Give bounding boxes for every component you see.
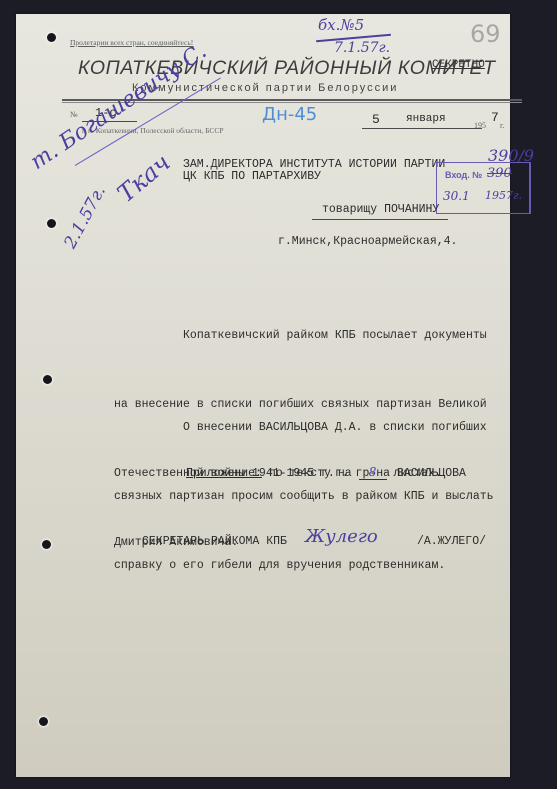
body-line: связных партизан просим сообщить в райко… (114, 485, 534, 508)
recipient-underline (312, 219, 448, 220)
recipient-address: г.Минск,Красноармейская,4. (278, 235, 457, 248)
signatory-title: СЕКРЕТАРЬ РАЙКОМА КПБ (142, 535, 287, 548)
punch-hole (39, 717, 48, 726)
date-line (362, 128, 482, 129)
incoming-stamp: Вход. № 390 30.1 1957г. (436, 162, 531, 214)
slogan: Пролетарии всех стран, соединяйтесь! (70, 38, 193, 47)
stamp-date: 30.1 (443, 189, 470, 203)
signatory-name: /А.ЖУЛЕГО/ (417, 535, 486, 548)
page-number: 69 (470, 20, 501, 48)
attachment-text: по тексту на (262, 467, 359, 480)
file-code-annotation: Дн-45 (262, 104, 317, 125)
attachment-text-after: листах. (387, 467, 442, 480)
punch-hole (47, 33, 56, 42)
punch-hole (47, 219, 56, 228)
annotation-fraction-numerator: бх.№5 (318, 16, 364, 34)
handwritten-signature: Жулего (305, 526, 378, 547)
attachment-count: 8 (359, 465, 387, 480)
number-label: № (70, 110, 78, 119)
body-line: справку о его гибели для вручения родств… (114, 554, 534, 577)
punch-hole (43, 375, 52, 384)
punch-hole (42, 540, 51, 549)
date-year-unit: г. (500, 121, 504, 130)
attachment-label: Приложение: (186, 467, 262, 480)
date-year-suffix: 7 (491, 110, 499, 125)
body-paragraph-2: О внесении ВАСИЛЬЦОВА Д.А. в списки поги… (114, 370, 534, 600)
stamp-year: 1957г. (485, 189, 522, 202)
date-day: 5 (372, 112, 380, 127)
recipient: товарищу ПОЧАНИНУ (322, 203, 439, 216)
date-month: января (406, 113, 446, 125)
date-year-prefix: 195 (474, 121, 486, 130)
body-line: Копаткевичский райком КПБ посылает докум… (114, 324, 534, 347)
stamp-label: Вход. № (445, 170, 482, 180)
body-line: О внесении ВАСИЛЬЦОВА Д.А. в списки поги… (114, 416, 534, 439)
attachment-line: Приложение: по тексту на 8 листах. (186, 465, 442, 480)
addressee-line-2: ЦК КПБ ПО ПАРТАРХИВУ (183, 170, 321, 183)
stamp-number: 390 (487, 166, 512, 181)
annotation-fraction-denominator: 7.1.57г. (334, 40, 390, 56)
